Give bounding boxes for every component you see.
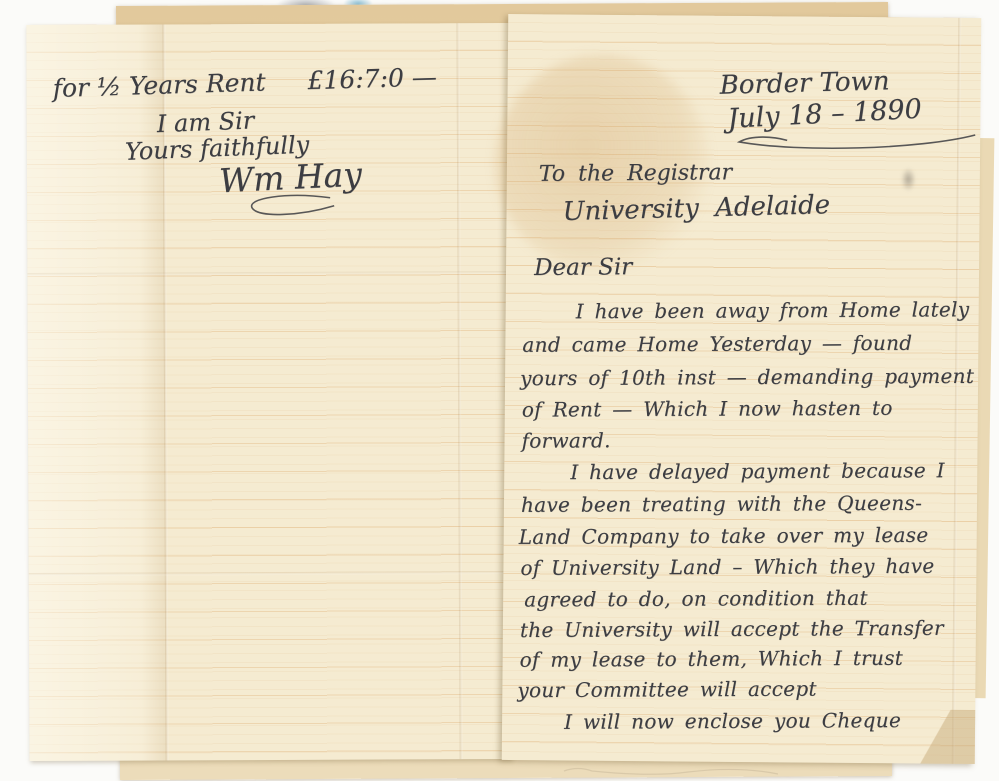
body-line: of Rent — Which I now hasten to [522, 396, 893, 422]
salutation: Dear Sir [534, 254, 632, 281]
body-line: agreed to do, on condition that [524, 586, 868, 612]
vertical-crease [456, 23, 462, 759]
body-line: Land Company to take over my lease [519, 523, 929, 549]
date-underline-flourish [729, 128, 979, 156]
signature-flourish [232, 190, 342, 226]
body-line: of University Land – Which they have [520, 554, 934, 580]
letter-page-right: Border Town July 18 – 1890 To the Regist… [502, 14, 981, 764]
gray-smudge [901, 167, 916, 191]
body-line: and came Home Yesterday — found [522, 331, 912, 357]
body-line: I have been away from Home lately [576, 297, 970, 323]
body-line: forward. [521, 428, 610, 452]
corner-fold [897, 709, 975, 764]
rent-line-text: for ½ Years Rent [52, 67, 266, 102]
rent-amount: £16:7:0 — [307, 62, 437, 95]
body-line: yours of 10th inst — demanding payment [520, 364, 974, 390]
recipient-line-1: To the Registrar [539, 160, 732, 187]
scanned-letter-scene: for ½ Years Rent £16:7:0 — I am Sir Your… [0, 0, 999, 781]
rent-line-gap [266, 89, 308, 90]
body-line: your Committee will accept [517, 677, 817, 703]
body-line: I will now enclose you Cheque [564, 708, 901, 734]
fold-panel [26, 24, 166, 761]
body-line: of my lease to them, Which I trust [520, 646, 904, 672]
body-line: the University will accept the Transfer [520, 616, 944, 642]
letter-page-left: for ½ Years Rent £16:7:0 — I am Sir Your… [26, 23, 511, 761]
recipient-line-2: University Adelaide [562, 190, 830, 227]
faint-pencil-marks [560, 764, 790, 776]
body-line: I have delayed payment because I [570, 458, 945, 484]
body-line: have been treating with the Queens- [521, 491, 922, 517]
